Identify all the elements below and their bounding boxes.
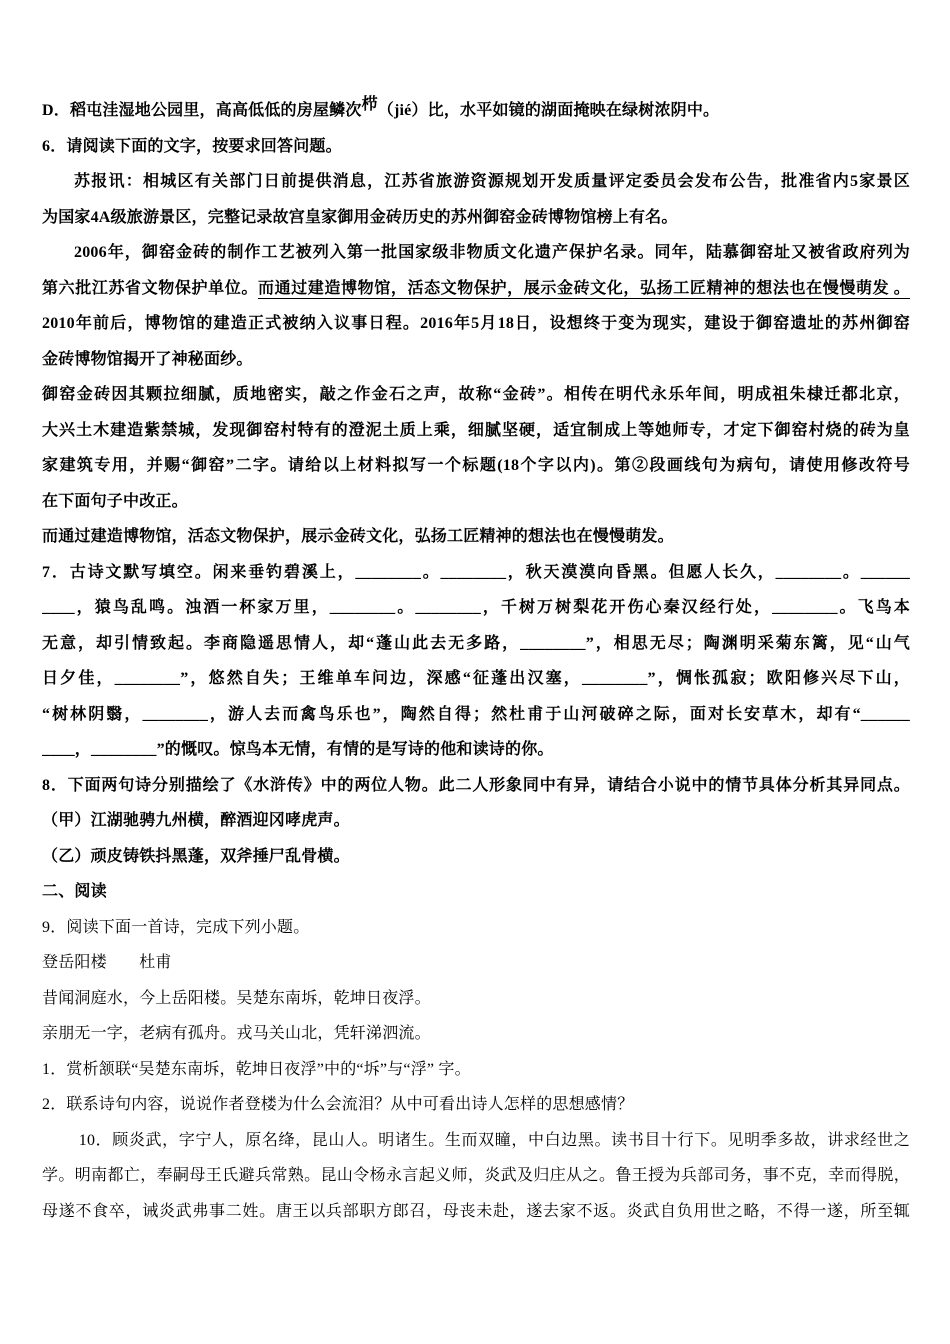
q6-para1-line2: 为国家4A级旅游景区，完整记录故宫皇家御用金砖历史的苏州御窑金砖博物馆榜上有名。 — [42, 200, 910, 236]
q7-line6: ____，________”的慨叹。惊鸟本无情，有情的是写诗的他和读诗的你。 — [42, 732, 910, 768]
q6-sentence-to-correct: 而通过建造博物馆，活态文物保护，展示金砖文化，弘扬工匠精神的想法也在慢慢萌发。 — [42, 519, 910, 555]
q6-stem: 6．请阅读下面的文字，按要求回答问题。 — [42, 129, 910, 165]
poem-line2: 亲朋无一字，老病有孤舟。戎马关山北，凭轩涕泗流。 — [42, 1016, 910, 1052]
q7-line5-segment: “树林阴翳，________，游人去而禽鸟乐也”，陶然自得；然杜甫于山河破碎之际… — [42, 706, 910, 723]
q6-para3-line4-segment: 在下面句子中改正。 — [42, 493, 188, 510]
q6-para2-line3: 2010年前后，博物馆的建造正式被纳入议事日程。2016年5月18日，设想终于变… — [42, 306, 910, 342]
q6-para2-line4-segment: 金砖博物馆揭开了神秘面纱。 — [42, 351, 253, 368]
q8-verse-yi-segment: （乙）顽皮铸铁抖黑蓬，双斧捶尸乱骨横。 — [42, 848, 350, 865]
q8-verse-jia: （甲）江湖驰骋九州横，醉酒迎冈哮虎声。 — [42, 803, 910, 839]
q9-stem-segment: 9．阅读下面一首诗，完成下列小题。 — [42, 919, 309, 936]
q7-line2: ____，猿鸟乱鸣。浊酒一杯家万里，________。________，千树万树… — [42, 590, 910, 626]
q10-line3-segment: 母遂不食卒，诫炎武弗事二姓。唐王以兵部职方郎召，母丧未赴，遂去家不返。炎武自负用… — [42, 1203, 910, 1220]
q6-para2-line2-underlined-sentence: 第六批江苏省文物保护单位。而通过建造博物馆，活态文物保护，展示金砖文化，弘扬工匠… — [42, 271, 910, 307]
section2-header-segment: 二、阅读 — [42, 883, 107, 900]
q10-line1-segment: 10．顾炎武，字宁人，原名绛，昆山人。明诸生。生而双瞳，中白边黑。读书目十行下。… — [79, 1132, 910, 1149]
q6-para1-line2-segment: 为国家4A级旅游景区，完整记录故宫皇家御用金砖历史的苏州御窑金砖博物馆榜上有名。 — [42, 209, 678, 226]
poem-title-author-segment: 登岳阳楼 杜甫 — [42, 954, 172, 971]
option-d-line-segment: D．稻屯洼湿地公园里，高高低低的房屋鳞次 — [42, 102, 362, 119]
document-body: D．稻屯洼湿地公园里，高高低低的房屋鳞次栉（jié）比，水平如镜的湖面掩映在绿树… — [42, 93, 910, 1229]
q6-para1-line1: 苏报讯：相城区有关部门日前提供消息，江苏省旅游资源规划开发质量评定委员会发布公告… — [42, 164, 910, 200]
q10-line2: 学。明南都亡，奉嗣母王氏避兵常熟。昆山令杨永言起义师，炎武及归庄从之。鲁王授为兵… — [42, 1158, 910, 1194]
poem-line1-segment: 昔闻洞庭水，今上岳阳楼。吴楚东南坼，乾坤日夜浮。 — [42, 990, 431, 1007]
q6-para2-line2-underlined-sentence-segment: 而通过建造博物馆，活态文物保护，展示金砖文化，弘扬工匠精神的想法也在慢慢萌发 。 — [258, 280, 910, 299]
option-d-line-segment: （jié）比，水平如镜的湖面掩映在绿树浓阴中。 — [378, 102, 719, 119]
q9-sub1-segment: 1．赏析颔联“吴楚东南坼，乾坤日夜浮”中的“坼”与“浮” 字。 — [42, 1061, 471, 1078]
q9-sub1: 1．赏析颔联“吴楚东南坼，乾坤日夜浮”中的“坼”与“浮” 字。 — [42, 1052, 910, 1088]
q6-stem-segment: 6．请阅读下面的文字，按要求回答问题。 — [42, 138, 342, 155]
q6-para3-line3: 家建筑专用，并赐“御窑”二字。请给以上材料拟写一个标题(18个字以内)。第②段画… — [42, 448, 910, 484]
q6-para3-line3-segment: 家建筑专用，并赐“御窑”二字。请给以上材料拟写一个标题(18个字以内)。第②段画… — [42, 457, 910, 474]
q10-line2-segment: 学。明南都亡，奉嗣母王氏避兵常熟。昆山令杨永言起义师，炎武及归庄从之。鲁王授为兵… — [42, 1167, 910, 1184]
poem-line2-segment: 亲朋无一字，老病有孤舟。戎马关山北，凭轩涕泗流。 — [42, 1025, 431, 1042]
q7-line6-segment: ____，________”的慨叹。惊鸟本无情，有情的是写诗的他和读诗的你。 — [42, 741, 554, 758]
q10-line3: 母遂不食卒，诫炎武弗事二姓。唐王以兵部职方郎召，母丧未赴，遂去家不返。炎武自负用… — [42, 1194, 910, 1230]
q7-line4-segment: 日夕佳，________”，悠然自失；王维单车问边，深感“征蓬出汉塞，_____… — [42, 670, 910, 687]
q8-stem: 8．下面两句诗分别描绘了《水浒传》中的两位人物。此二人形象同中有异，请结合小说中… — [42, 768, 910, 804]
option-d-line: D．稻屯洼湿地公园里，高高低低的房屋鳞次栉（jié）比，水平如镜的湖面掩映在绿树… — [42, 93, 910, 129]
q8-verse-yi: （乙）顽皮铸铁抖黑蓬，双斧捶尸乱骨横。 — [42, 839, 910, 875]
q6-para2-line2-underlined-sentence-segment: 第六批江苏省文物保护单位。 — [42, 280, 258, 297]
poem-line1: 昔闻洞庭水，今上岳阳楼。吴楚东南坼，乾坤日夜浮。 — [42, 981, 910, 1017]
q8-stem-segment: 8．下面两句诗分别描绘了《水浒传》中的两位人物。此二人形象同中有异，请结合小说中… — [42, 777, 910, 794]
q7-line5: “树林阴翳，________，游人去而禽鸟乐也”，陶然自得；然杜甫于山河破碎之际… — [42, 697, 910, 733]
q6-para2-line3-segment: 2010年前后，博物馆的建造正式被纳入议事日程。2016年5月18日，设想终于变… — [42, 315, 910, 332]
q6-para3-line1: 御窑金砖因其颗拉细腻，质地密实，敲之作金石之声，故称“金砖”。相传在明代永乐年间… — [42, 377, 910, 413]
q6-para3-line4: 在下面句子中改正。 — [42, 484, 910, 520]
q6-para2-line4: 金砖博物馆揭开了神秘面纱。 — [42, 342, 910, 378]
section2-header: 二、阅读 — [42, 874, 910, 910]
q7-line4: 日夕佳，________”，悠然自失；王维单车问边，深感“征蓬出汉塞，_____… — [42, 661, 910, 697]
q6-para3-line2: 大兴土木建造紫禁城，发现御窑村特有的澄泥土质上乘，细腻坚硬，适宜制成上等她师专，… — [42, 413, 910, 449]
q6-para3-line1-segment: 御窑金砖因其颗拉细腻，质地密实，敲之作金石之声，故称“金砖”。相传在明代永乐年间… — [42, 386, 910, 403]
q10-line1: 10．顾炎武，字宁人，原名绛，昆山人。明诸生。生而双瞳，中白边黑。读书目十行下。… — [42, 1123, 910, 1159]
q6-para3-line2-segment: 大兴土木建造紫禁城，发现御窑村特有的澄泥土质上乘，细腻坚硬，适宜制成上等她师专，… — [42, 422, 910, 439]
q7-line3-segment: 无意，却引情致起。李商隐遥思情人，却“蓬山此去无多路，________”，相思无… — [42, 635, 910, 652]
q6-para2-line1: 2006年，御窑金砖的制作工艺被列入第一批国家级非物质文化遗产保护名录。同年，陆… — [42, 235, 910, 271]
q7-line2-segment: ____，猿鸟乱鸣。浊酒一杯家万里，________。________，千树万树… — [42, 599, 910, 616]
q9-stem: 9．阅读下面一首诗，完成下列小题。 — [42, 910, 910, 946]
q9-sub2-segment: 2．联系诗句内容，说说作者登楼为什么会流泪？从中可看出诗人怎样的思想感情？ — [42, 1096, 633, 1113]
q7-line1-segment: 7．古诗文默写填空。闲来垂钓碧溪上，________。________，秋天漠漠… — [42, 564, 910, 581]
exam-page: D．稻屯洼湿地公园里，高高低低的房屋鳞次栉（jié）比，水平如镜的湖面掩映在绿树… — [0, 0, 950, 1344]
q9-sub2: 2．联系诗句内容，说说作者登楼为什么会流泪？从中可看出诗人怎样的思想感情？ — [42, 1087, 910, 1123]
q6-para2-line1-segment: 2006年，御窑金砖的制作工艺被列入第一批国家级非物质文化遗产保护名录。同年，陆… — [74, 244, 910, 261]
q7-line3: 无意，却引情致起。李商隐遥思情人，却“蓬山此去无多路，________”，相思无… — [42, 626, 910, 662]
poem-title-author: 登岳阳楼 杜甫 — [42, 945, 910, 981]
option-d-line-segment: 栉 — [362, 96, 378, 113]
q7-line1: 7．古诗文默写填空。闲来垂钓碧溪上，________。________，秋天漠漠… — [42, 555, 910, 591]
q6-para1-line1-segment: 苏报讯：相城区有关部门日前提供消息，江苏省旅游资源规划开发质量评定委员会发布公告… — [74, 173, 910, 190]
q8-verse-jia-segment: （甲）江湖驰骋九州横，醉酒迎冈哮虎声。 — [42, 812, 350, 829]
q6-sentence-to-correct-segment: 而通过建造博物馆，活态文物保护，展示金砖文化，弘扬工匠精神的想法也在慢慢萌发。 — [42, 528, 674, 545]
